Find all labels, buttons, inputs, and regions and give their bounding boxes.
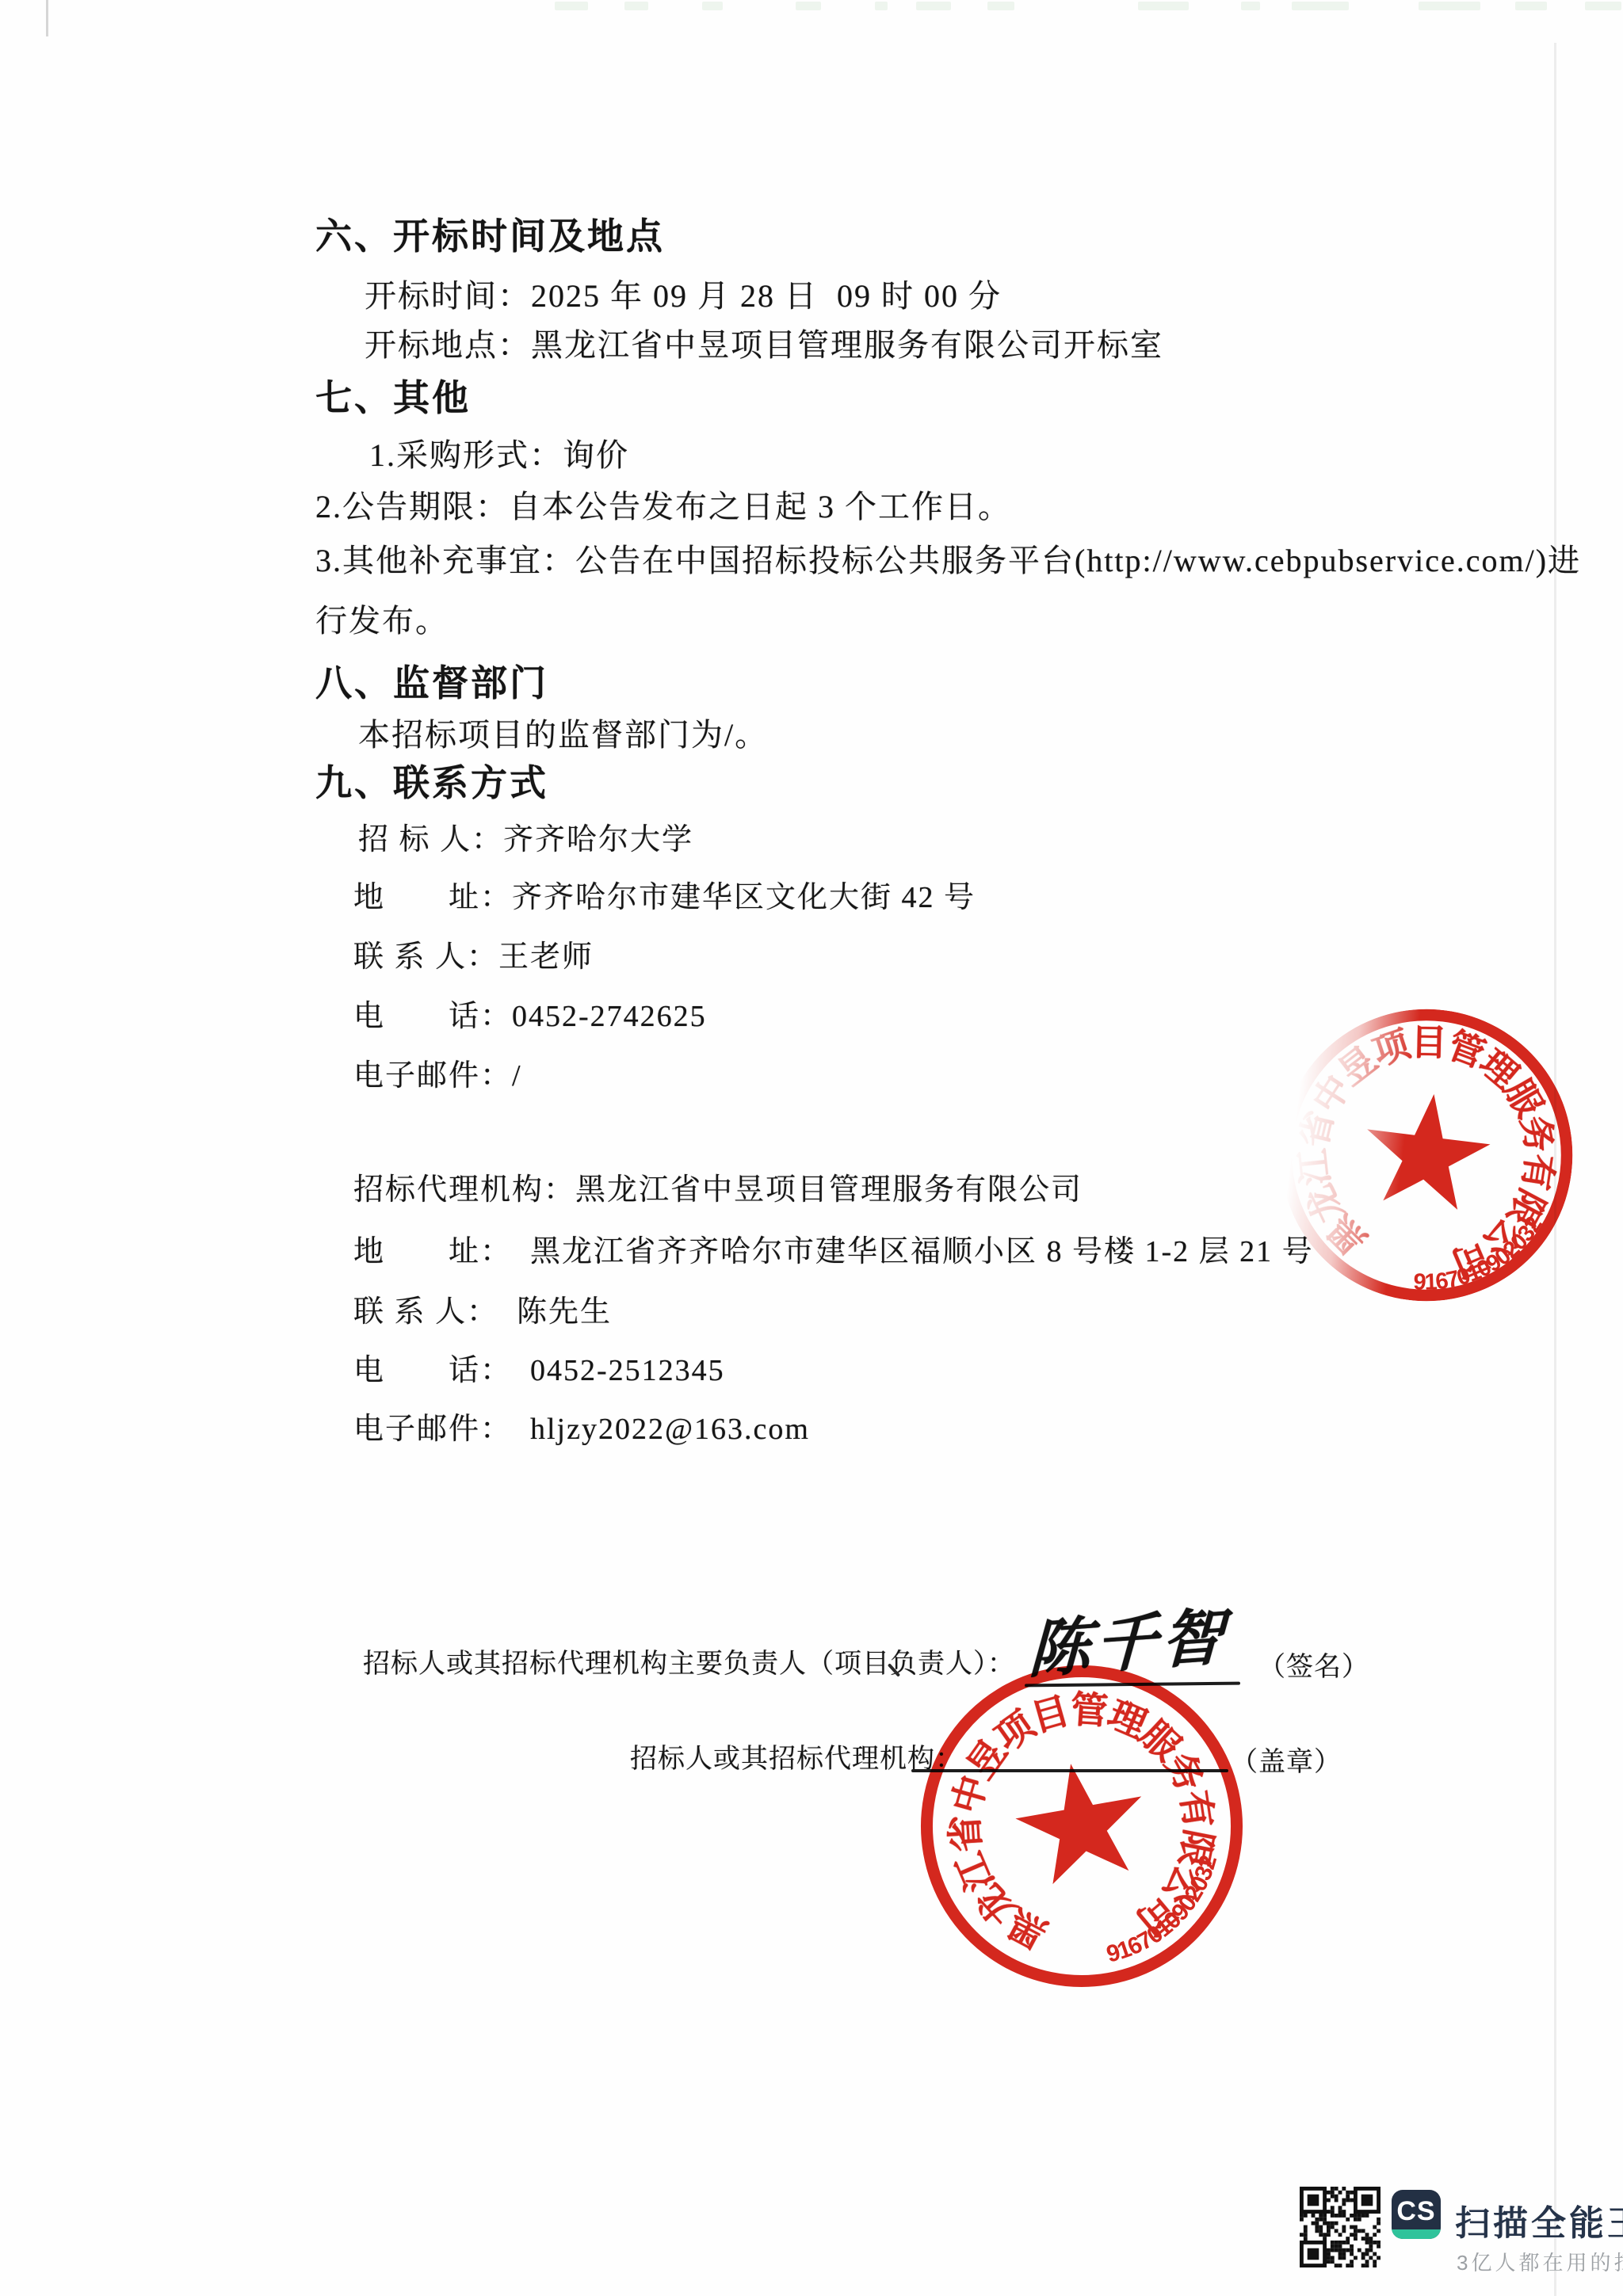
agency-email-line: 电子邮件： hljzy2022@163.com xyxy=(353,1404,810,1447)
section-heading-supervision: 八、监督部门 xyxy=(315,654,548,707)
section-heading-contact: 九、联系方式 xyxy=(315,754,548,807)
seal-serial-digit: 9 xyxy=(1413,1271,1427,1295)
camscanner-logo-text: CS xyxy=(1396,2196,1435,2227)
qr-code xyxy=(1300,2187,1381,2267)
seal-company-char: 务 xyxy=(1516,1112,1558,1154)
camscanner-app-name: 扫描全能王 xyxy=(1455,2195,1623,2245)
tenderer-name-line: 招 标 人：齐齐哈尔大学 xyxy=(358,814,693,858)
agency-phone-line: 电 话： 0452-2512345 xyxy=(353,1345,725,1389)
seal-company-char: 管 xyxy=(1070,1690,1109,1730)
section-heading-open-bid: 六、开标时间及地点 xyxy=(315,208,665,260)
document-page: 六、开标时间及地点 开标时间：2025 年 09 月 28 日 09 时 00 … xyxy=(0,0,1623,2296)
scan-edge-artifacts xyxy=(0,0,1623,13)
agency-org-line: 招标代理机构：黑龙江省中昱项目管理服务有限公司 xyxy=(353,1165,1083,1208)
star-icon xyxy=(1005,1753,1158,1901)
agency-address-line: 地 址： 黑龙江省齐齐哈尔市建华区福顺小区 8 号楼 1-2 层 21 号 xyxy=(353,1226,1314,1270)
supervision-body-line: 本招标项目的监督部门为/。 xyxy=(358,710,768,755)
supplementary-matters-line-cont: 行发布。 xyxy=(315,596,449,641)
stamp-suffix-label: （盖章） xyxy=(1231,1740,1342,1779)
scan-left-edge-line xyxy=(46,0,48,36)
camscanner-logo-strip xyxy=(1392,2229,1441,2239)
supplementary-matters-line: 3.其他补充事宜：公告在中国招标投标公共服务平台(http://www.cebp… xyxy=(315,536,1581,581)
camscanner-logo-icon: CS xyxy=(1392,2190,1441,2239)
announcement-period-line: 2.公告期限：自本公告发布之日起 3 个工作日。 xyxy=(315,482,1011,527)
seal-company-char: 江 xyxy=(1294,1147,1334,1187)
tenderer-email-line: 电子邮件：/ xyxy=(353,1051,522,1094)
seal-company-char: 有 xyxy=(1176,1788,1218,1830)
camscanner-tagline: 3亿人都在用的扫描App xyxy=(1457,2247,1623,2276)
seal-company-char: 省 xyxy=(945,1814,985,1853)
star-icon xyxy=(1355,1086,1499,1224)
section-heading-other: 七、其他 xyxy=(315,369,471,421)
tenderer-phone-line: 电 话：0452-2742625 xyxy=(353,991,707,1035)
company-seal: 黑龙江省中昱项目管理服务有限公司2302090107619 xyxy=(896,1640,1268,2012)
responsible-person-label: 招标人或其招标代理机构主要负责人（项目负责人）： xyxy=(363,1642,1015,1680)
open-bid-place-line: 开标地点：黑龙江省中昱项目管理服务有限公司开标室 xyxy=(365,320,1163,365)
tenderer-address-line: 地 址：齐齐哈尔市建华区文化大街 42 号 xyxy=(353,872,976,916)
procurement-form-line: 1.采购形式：询价 xyxy=(369,430,629,475)
signature-suffix-label: （签名） xyxy=(1258,1645,1369,1684)
seal-company-char: 目 xyxy=(1411,1024,1448,1061)
open-bid-time-line: 开标时间：2025 年 09 月 28 日 09 时 00 分 xyxy=(365,271,1002,316)
tenderer-contact-line: 联 系 人：王老师 xyxy=(353,932,594,975)
agency-contact-line: 联 系 人： 陈先生 xyxy=(353,1287,612,1330)
